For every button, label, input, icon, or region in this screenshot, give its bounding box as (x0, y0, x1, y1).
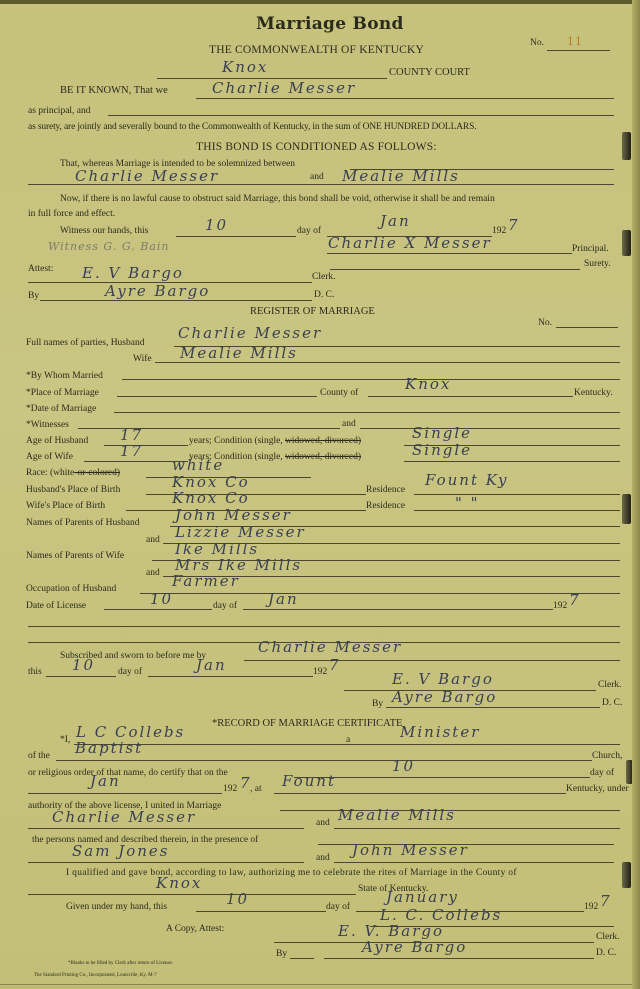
religious-order-text: or religious order of that name, do cert… (28, 768, 228, 778)
age-wife-label: Age of Wife (26, 452, 73, 462)
church-name: Baptist (75, 739, 143, 757)
conditioned-heading: THIS BOND IS CONDITIONED AS FOLLOWS: (196, 141, 437, 153)
page-tab-marker (622, 494, 631, 524)
given-label: Given under my hand, this (66, 902, 167, 912)
bond-clerk-label: Clerk. (312, 272, 335, 282)
minister-title: Minister (400, 723, 480, 741)
principal-name: Charlie Messer (212, 79, 356, 97)
as-principal-label: as principal, and (28, 106, 91, 116)
full-names-label: Full names of parties, Husband (26, 338, 144, 348)
marriage-bond-document: Marriage Bond THE COMMONWEALTH OF KENTUC… (0, 4, 632, 986)
witness-note: Witness G. G. Bain (48, 240, 169, 253)
document-title: Marriage Bond (256, 14, 404, 34)
parents-wife-label: Names of Parents of Wife (26, 551, 124, 561)
race-value: white (172, 456, 224, 474)
principal-label: Principal. (572, 244, 609, 254)
page-right-shadow (632, 0, 640, 989)
sworn-this-label: this (28, 667, 42, 677)
age-wife: 17 (120, 442, 143, 460)
witnesses-label: *Witnesses (26, 420, 69, 430)
certificate-party-2: Mealie Mills (338, 806, 456, 824)
sworn-year-suffix: 7 (329, 656, 341, 674)
sworn-month: Jan (196, 656, 227, 674)
certificate-county: Knox (156, 874, 202, 892)
certificate-clerk-label: Clerk. (596, 932, 619, 942)
husband-name: Charlie Messer (178, 324, 322, 342)
wife-residence-label: Residence (366, 501, 405, 511)
and-label: and (310, 172, 324, 182)
surety-label: Surety. (584, 259, 611, 269)
attest-label: Attest: (28, 264, 53, 274)
given-day-of-label: day of (326, 902, 350, 912)
wife-residence: " " (455, 494, 480, 512)
county-value: Knox (222, 58, 268, 76)
surety-text: as surety, are jointly and severally bou… (28, 122, 476, 132)
witness-year-suffix: 7 (508, 216, 520, 234)
force-text: in full force and effect. (28, 209, 115, 219)
husband-residence: Fount Ky (425, 471, 508, 489)
parents-husband-label: Names of Parents of Husband (26, 518, 139, 528)
license-label: Date of License (26, 601, 86, 611)
license-day-of-label: day of (213, 601, 237, 611)
page-tab-marker (622, 132, 631, 160)
certificate-day-of-label: day of (590, 768, 614, 778)
sworn-day: 10 (72, 656, 95, 674)
sworn-day-of-label: day of (118, 667, 142, 677)
page-tab-marker (622, 230, 631, 256)
kentucky-label: Kentucky. (574, 388, 613, 398)
by-whom-label: *By Whom Married (26, 371, 103, 381)
given-month: January (386, 888, 459, 906)
register-heading: REGISTER OF MARRIAGE (250, 306, 375, 317)
witnesses-and-label: and (342, 419, 356, 429)
certificate-year-prefix: 192 (223, 784, 237, 794)
now-text: Now, if there is no lawful cause to obst… (60, 194, 495, 204)
age-husband-label: Age of Husband (26, 436, 88, 446)
license-day: 10 (150, 590, 173, 608)
i-label: *I, (60, 735, 70, 745)
date-of-marriage-label: *Date of Marriage (26, 404, 96, 414)
be-it-known-label: BE IT KNOWN, That we (60, 85, 168, 96)
witness-day: 10 (205, 216, 228, 234)
husband-birth-label: Husband's Place of Birth (26, 485, 120, 495)
wife-name: Mealie Mills (180, 344, 298, 362)
bond-clerk-signature: E. V Bargo (82, 264, 184, 282)
footer-note: *Blanks to be filled by Clerk after retu… (68, 961, 173, 966)
license-month: Jan (268, 590, 299, 608)
kentucky-under-label: Kentucky, under (566, 784, 629, 794)
commonwealth-heading: THE COMMONWEALTH OF KENTUCKY (209, 44, 424, 56)
place-of-marriage-label: *Place of Marriage (26, 388, 99, 398)
qualified-text: I qualified and gave bond, according to … (66, 868, 517, 878)
witness-1: Sam Jones (72, 842, 170, 860)
certificate-month: Jan (90, 772, 121, 790)
license-year-suffix: 7 (569, 591, 581, 609)
at-label: , at (250, 784, 262, 794)
sworn-year-prefix: 192 (313, 667, 327, 677)
page-tab-marker (622, 862, 631, 888)
certificate-by-label: By (276, 949, 287, 959)
parents-husband-and: and (146, 535, 160, 545)
register-no-label: No. (538, 318, 552, 328)
witness-label: Witness our hands, this (60, 226, 148, 236)
certificate-and-label: and (316, 818, 330, 828)
wife-label: Wife (133, 354, 152, 364)
copy-attest-label: A Copy, Attest: (166, 924, 224, 934)
bond-number: 11 (567, 35, 583, 48)
husband-residence-label: Residence (366, 485, 405, 495)
bond-party-2: Mealie Mills (342, 167, 460, 185)
principal-signature: Charlie X Messer (328, 234, 492, 252)
condition-label-husband: years; Condition (single, widowed, divor… (189, 436, 361, 446)
certificate-heading: *RECORD OF MARRIAGE CERTIFICATE (212, 718, 402, 729)
bond-no-label: No. (530, 38, 544, 48)
county-of-label: County of (320, 388, 358, 398)
subscribed-by: Charlie Messer (258, 638, 402, 656)
certificate-day: 10 (392, 757, 415, 775)
husband-condition: Single (412, 424, 472, 442)
license-year-prefix: 192 (553, 601, 567, 611)
bond-dc-signature: Ayre Bargo (105, 282, 210, 300)
witness-month: Jan (380, 212, 411, 230)
day-of-label: day of (297, 226, 321, 236)
husband-father: John Messer (175, 506, 292, 524)
register-dc-signature: Ayre Bargo (392, 688, 497, 706)
occupation-label: Occupation of Husband (26, 584, 116, 594)
footer-printer: The Standard Printing Co., Incorporated,… (34, 973, 157, 978)
of-the-label: of the (28, 751, 50, 761)
certificate-dc-label: D. C. (596, 948, 616, 958)
given-year-prefix: 192 (584, 902, 598, 912)
bond-by-label: By (28, 291, 39, 301)
presence-and-label: and (316, 853, 330, 863)
church-label: Church, (592, 751, 622, 761)
occupation: Farmer (172, 572, 240, 590)
bond-party-1: Charlie Messer (75, 167, 219, 185)
bond-dc-label: D. C. (314, 290, 334, 300)
given-day: 10 (226, 890, 249, 908)
county-court-label: COUNTY COURT (389, 67, 470, 78)
wife-condition: Single (412, 441, 472, 459)
wife-birth: Knox Co (172, 489, 250, 507)
race-label: Race: (white-or-colored) (26, 468, 120, 478)
certificate-party-1: Charlie Messer (52, 808, 196, 826)
certificate-place: Fount (282, 772, 336, 790)
witness-year-prefix: 192 (492, 226, 506, 236)
given-year-suffix: 7 (600, 892, 612, 910)
wife-birth-label: Wife's Place of Birth (26, 501, 105, 511)
register-clerk-signature: E. V Bargo (392, 670, 494, 688)
parents-wife-and: and (146, 568, 160, 578)
witness-2: John Messer (352, 841, 469, 859)
certificate-dc-signature: Ayre Bargo (362, 938, 467, 956)
a-label: a (346, 735, 350, 745)
register-by-label: By (372, 699, 383, 709)
register-dc-label: D. C. (602, 698, 622, 708)
register-clerk-label: Clerk. (598, 680, 621, 690)
husband-mother: Lizzie Messer (175, 523, 306, 541)
county-of-value: Knox (405, 375, 451, 393)
